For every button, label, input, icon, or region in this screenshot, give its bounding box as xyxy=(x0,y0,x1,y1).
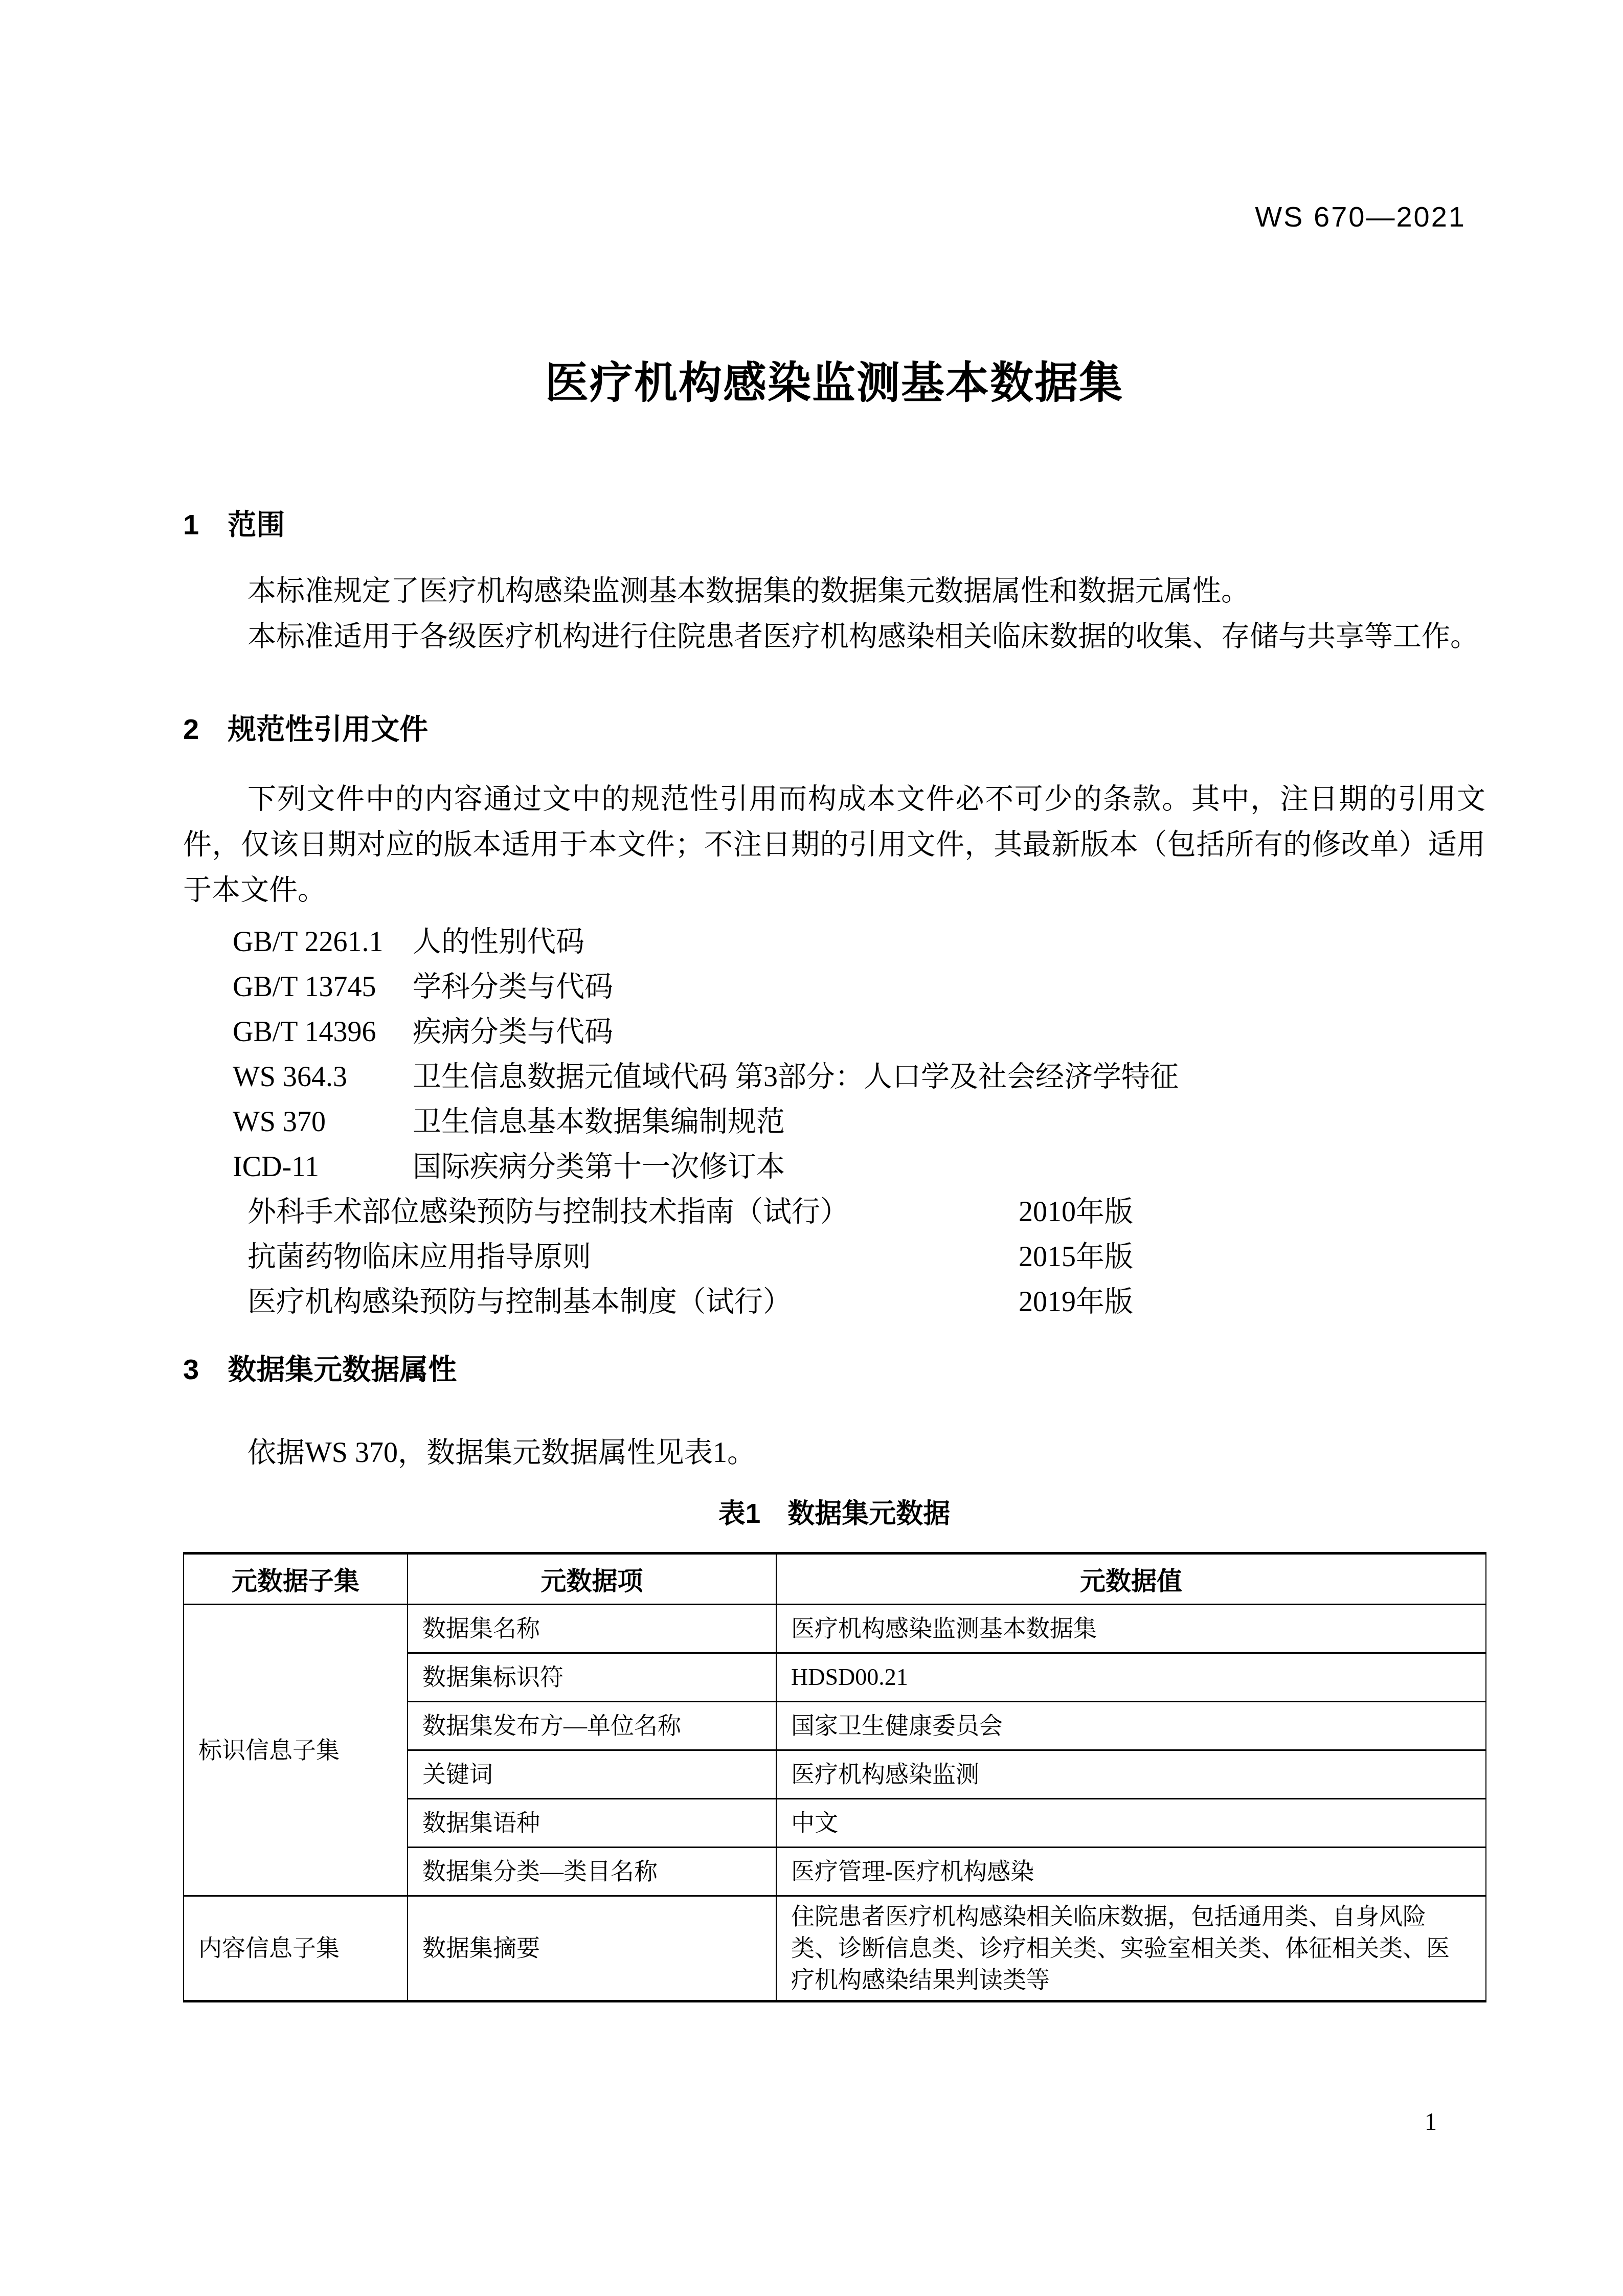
section-1-heading: 1 范围 xyxy=(183,509,1485,541)
reference-item: GB/T 2261.1人的性别代码 xyxy=(183,919,1485,964)
reference-code: GB/T 2261.1 xyxy=(233,919,413,964)
metadata-value-cell: 医疗管理-医疗机构感染 xyxy=(776,1848,1486,1896)
reference-edition: 2010年版 xyxy=(1019,1189,1133,1234)
reference-title: 卫生信息基本数据集编制规范 xyxy=(413,1106,785,1138)
reference-code: WS 370 xyxy=(233,1099,413,1144)
reference-title: 外科手术部位感染预防与控制技术指南（试行） xyxy=(247,1196,849,1228)
metadata-table: 元数据子集元数据项元数据值 标识信息子集数据集名称医疗机构感染监测基本数据集数据… xyxy=(183,1552,1486,2002)
reference-item: 抗菌药物临床应用指导原则2015年版 xyxy=(183,1234,1485,1279)
metadata-table-body: 标识信息子集数据集名称医疗机构感染监测基本数据集数据集标识符HDSD00.21数… xyxy=(184,1605,1486,2001)
reference-title: 医疗机构感染预防与控制基本制度（试行） xyxy=(247,1286,792,1318)
page-content: WS 670—2021 医疗机构感染监测基本数据集 1 范围 本标准规定了医疗机… xyxy=(183,0,1485,2002)
metadata-value-cell: 医疗机构感染监测基本数据集 xyxy=(776,1605,1486,1653)
metadata-item-cell: 数据集语种 xyxy=(408,1799,776,1848)
metadata-item-cell: 关键词 xyxy=(408,1750,776,1799)
metadata-item-cell: 数据集标识符 xyxy=(408,1653,776,1702)
reference-item: 医疗机构感染预防与控制基本制度（试行）2019年版 xyxy=(183,1279,1485,1324)
reference-code: GB/T 14396 xyxy=(233,1009,413,1054)
metadata-item-cell: 数据集分类—类目名称 xyxy=(408,1848,776,1896)
section-3-intro-paragraph: 依据WS 370，数据集元数据属性见表1。 xyxy=(183,1430,1485,1476)
metadata-table-head: 元数据子集元数据项元数据值 xyxy=(184,1554,1486,1605)
reference-list: GB/T 2261.1人的性别代码GB/T 13745学科分类与代码GB/T 1… xyxy=(183,919,1485,1324)
metadata-value-cell: 中文 xyxy=(776,1799,1486,1848)
table-column-header: 元数据子集 xyxy=(184,1554,408,1605)
table-header-row: 元数据子集元数据项元数据值 xyxy=(184,1554,1486,1605)
reference-edition: 2019年版 xyxy=(1019,1279,1133,1324)
reference-title: 学科分类与代码 xyxy=(413,971,613,1003)
metadata-subset-cell: 标识信息子集 xyxy=(184,1605,408,1896)
section-1-paragraph-2: 本标准适用于各级医疗机构进行住院患者医疗机构感染相关临床数据的收集、存储与共享等… xyxy=(183,614,1485,660)
document-page: WS 670—2021 医疗机构感染监测基本数据集 1 范围 本标准规定了医疗机… xyxy=(0,0,1623,2296)
reference-title: 抗菌药物临床应用指导原则 xyxy=(247,1241,591,1273)
reference-title: 卫生信息数据元值域代码 第3部分：人口学及社会经济学特征 xyxy=(413,1061,1179,1093)
reference-item: GB/T 14396疾病分类与代码 xyxy=(183,1009,1485,1054)
reference-edition: 2015年版 xyxy=(1019,1234,1133,1279)
table-row: 内容信息子集数据集摘要住院患者医疗机构感染相关临床数据，包括通用类、自身风险类、… xyxy=(184,1896,1486,2001)
standard-code-header: WS 670—2021 xyxy=(183,201,1485,233)
table-row: 标识信息子集数据集名称医疗机构感染监测基本数据集 xyxy=(184,1605,1486,1653)
metadata-value-cell: HDSD00.21 xyxy=(776,1653,1486,1702)
reference-code: GB/T 13745 xyxy=(233,964,413,1009)
metadata-subset-cell: 内容信息子集 xyxy=(184,1896,408,2001)
metadata-item-cell: 数据集名称 xyxy=(408,1605,776,1653)
table-column-header: 元数据值 xyxy=(776,1554,1486,1605)
reference-item: WS 364.3卫生信息数据元值域代码 第3部分：人口学及社会经济学特征 xyxy=(183,1054,1485,1099)
section-3-heading: 3 数据集元数据属性 xyxy=(183,1354,1485,1385)
section-1-paragraph-1: 本标准规定了医疗机构感染监测基本数据集的数据集元数据属性和数据元属性。 xyxy=(183,569,1485,614)
table-column-header: 元数据项 xyxy=(408,1554,776,1605)
metadata-value-cell: 医疗机构感染监测 xyxy=(776,1750,1486,1799)
reference-item: GB/T 13745学科分类与代码 xyxy=(183,964,1485,1009)
metadata-value-cell: 国家卫生健康委员会 xyxy=(776,1702,1486,1750)
reference-item: WS 370卫生信息基本数据集编制规范 xyxy=(183,1099,1485,1144)
reference-item: ICD-11国际疾病分类第十一次修订本 xyxy=(183,1144,1485,1189)
reference-code: WS 364.3 xyxy=(233,1054,413,1099)
section-2-intro-paragraph: 下列文件中的内容通过文中的规范性引用而构成本文件必不可少的条款。其中，注日期的引… xyxy=(183,777,1485,913)
document-title: 医疗机构感染监测基本数据集 xyxy=(183,358,1485,409)
section-2-heading: 2 规范性引用文件 xyxy=(183,713,1485,745)
table-caption: 表1 数据集元数据 xyxy=(183,1497,1485,1530)
reference-title: 国际疾病分类第十一次修订本 xyxy=(413,1151,785,1183)
page-number: 1 xyxy=(1425,2107,1437,2137)
reference-title: 人的性别代码 xyxy=(413,926,584,958)
reference-code: ICD-11 xyxy=(233,1144,413,1189)
metadata-item-cell: 数据集摘要 xyxy=(408,1896,776,2001)
metadata-value-cell: 住院患者医疗机构感染相关临床数据，包括通用类、自身风险类、诊断信息类、诊疗相关类… xyxy=(776,1896,1486,2001)
reference-item: 外科手术部位感染预防与控制技术指南（试行）2010年版 xyxy=(183,1189,1485,1234)
metadata-item-cell: 数据集发布方—单位名称 xyxy=(408,1702,776,1750)
reference-title: 疾病分类与代码 xyxy=(413,1016,613,1048)
